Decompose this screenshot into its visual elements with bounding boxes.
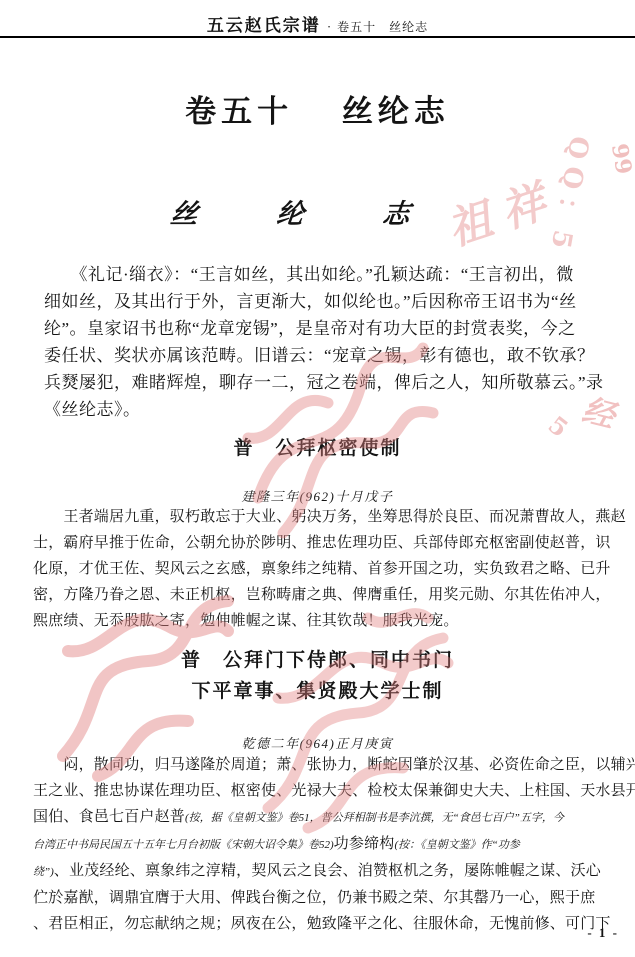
body-text: 、业茂经纶、禀象纬之淳精，契风云之良会、洎赞枢机之务，屡陈帷幄之谋、沃心 — [54, 863, 601, 879]
section-2-date: 乾德二年(964)正月庚寅 — [0, 733, 635, 752]
text-line: 王之业、推忠协谋佐理功臣、枢密使、光禄大夫、检校太保兼御史大夫、上柱国、天水县开 — [33, 778, 635, 804]
running-head: 五云赵氏宗谱·卷五十 丝纶志 — [0, 11, 635, 36]
annotation-text: 绕”) — [33, 866, 54, 878]
text-line: 台湾正中书局民国五十五年七月台初版《宋朝大诏令集》卷52)功参缔构(按：《皇朝文… — [33, 831, 635, 858]
text-line: 委任状、奖状亦属该范畴。旧谱云：“宠章之锡，彰有德也，敢不钦承？ — [44, 342, 604, 369]
text-line: 闷，散同功，归马遂隆於周道；萧、张协力，断蛇因肇於汉基、必资佐命之臣，以辅兴 — [33, 752, 635, 778]
section-1-heading: 普 公拜枢密使制 — [0, 433, 635, 464]
text-line: 密，方隆乃眷之恩、未正机枢，岂称畴庸之典、俾膺重任，用奖元勋、尔其佐佑冲人， — [33, 582, 626, 608]
text-line: 纶”。皇家诏书也称“龙章宠锡”，是皇帝对有功大臣的封赏表奖，今之 — [44, 315, 604, 342]
section-1-date: 建隆三年(962)十月戊子 — [0, 486, 635, 505]
body-text: 国伯、食邑七百户赵普 — [33, 809, 185, 825]
text-line: 王者端居九重，驭朽敢忘于大业、躬决万务，坐筹思得於良臣、而况萧曹故人，燕赵 — [33, 504, 626, 530]
section-2-body: 闷，散同功，归马遂隆於周道；萧、张协力，断蛇因肇於汉基、必资佐命之臣，以辅兴王之… — [33, 752, 635, 937]
text-line: 化原，才优王佐、契风云之玄感，禀象纬之纯精、首参开国之功，实负致君之略、已升 — [33, 556, 626, 582]
body-text: 功参缔构 — [334, 836, 395, 852]
page-number: - 1 - — [587, 925, 619, 941]
text-line: 国伯、食邑七百户赵普(按，据《皇朝文鉴》卷51，普公拜相制书是李沆撰，无“食邑七… — [33, 804, 635, 831]
text-line: 兵燹屡犯，难睹辉煌，聊存一二，冠之卷端，俾后之人，知所敬慕云。”录 — [44, 369, 604, 396]
text-line: 熙庶绩、无忝股肱之寄，勉伸帷幄之谋、往其钦哉！服我光宠。 — [33, 608, 626, 634]
book-title: 五云赵氏宗谱 — [207, 16, 321, 35]
text-line: 、君臣相正，勿忘献纳之规；夙夜在公，勉致隆平之化、往服休命，无愧前修、可门下 — [33, 911, 635, 937]
section-2-heading: 普 公拜门下侍郎、同中书门下平章事、集贤殿大学士制 — [0, 645, 635, 707]
intro-paragraph: 《礼记·缁衣》：“王言如丝，其出如纶。”孔颖达疏：“王言初出，微细如丝，及其出行… — [44, 261, 604, 423]
calligraphy-title: 丝 纶 志 — [0, 192, 609, 231]
scanned-genealogy-page: 五云赵氏宗谱·卷五十 丝纶志 卷五十 丝纶志 丝 纶 志 《礼记·缁衣》：“王言… — [0, 0, 635, 957]
title-separator-dot: · — [321, 19, 337, 34]
annotation-text: (按，据《皇朝文鉴》卷51，普公拜相制书是李沆撰，无“食邑七百户”五字，今 — [185, 812, 564, 824]
text-line: 细如丝，及其出行于外，言更渐大，如似纶也。”后因称帝王诏书为“丝 — [44, 288, 604, 315]
text-line: 伫於嘉猷，调鼎宜膺于大用、俾践台衡之位，仍兼书殿之荣、尔其罄乃一心，熙于庶 — [33, 885, 635, 911]
volume-and-section: 卷五十 丝纶志 — [337, 20, 428, 34]
text-line: 普 公拜门下侍郎、同中书门 — [0, 645, 635, 676]
text-line: 士，霸府早推于佐命，公朝允协於陟明、推忠佐理功臣、兵部侍郎充枢密副使赵普，识 — [33, 530, 626, 556]
text-line: 绕”)、业茂经纶、禀象纬之淳精，契风云之良会、洎赞枢机之务，屡陈帷幄之谋、沃心 — [33, 858, 635, 885]
text-line: 下平章事、集贤殿大学士制 — [0, 676, 635, 707]
text-line: 《丝纶志》。 — [44, 396, 604, 423]
annotation-text: (按：《皇朝文鉴》作“功参 — [394, 839, 519, 851]
section-1-body: 王者端居九重，驭朽敢忘于大业、躬决万务，坐筹思得於良臣、而况萧曹故人，燕赵士，霸… — [33, 504, 626, 634]
watermark-digits: 99 — [606, 142, 635, 177]
header-rule — [0, 36, 635, 38]
text-line: 普 公拜枢密使制 — [0, 433, 635, 464]
text-line: 《礼记·缁衣》：“王言如丝，其出如纶。”孔颖达疏：“王言初出，微 — [44, 261, 604, 288]
annotation-text: 台湾正中书局民国五十五年七月台初版《宋朝大诏令集》卷52) — [33, 839, 334, 851]
chapter-title: 卷五十 丝纶志 — [0, 86, 635, 131]
